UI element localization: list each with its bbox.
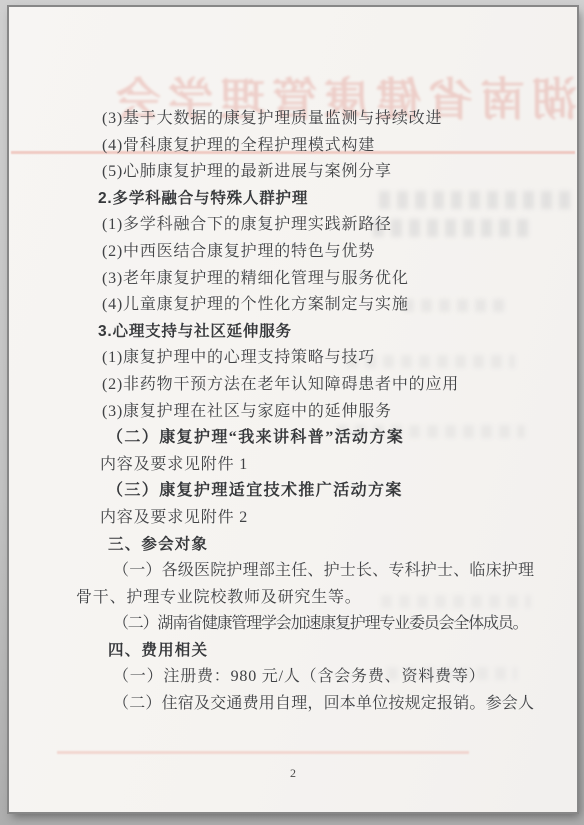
- doc-line: 骨干、护理专业院校教师及研究生等。: [76, 585, 547, 612]
- doc-line: (3)老年康复护理的精细化管理与服务优化: [76, 266, 547, 293]
- doc-heading-level2: 2.多学科融合与特殊人群护理: [76, 186, 547, 213]
- doc-line: （一）各级医院护理部主任、护士长、专科护士、临床护理: [76, 558, 547, 585]
- doc-line: 内容及要求见附件 1: [76, 452, 547, 479]
- doc-line: (2)非药物干预方法在老年认知障碍患者中的应用: [76, 372, 547, 399]
- scanner-background: { "page": { "number": "2", "bleed_throug…: [0, 0, 584, 825]
- doc-line: 内容及要求见附件 2: [76, 505, 547, 532]
- document-page: 湖南省健康管理学会 (3)基于大数据的康复护理质量监测与持续改进 (4)骨科康复…: [9, 7, 577, 812]
- bleed-through-rule-bottom: [57, 751, 469, 754]
- doc-line: （二）住宿及交通费用自理，回本单位按规定报销。参会人: [76, 691, 547, 718]
- doc-line: (2)中西医结合康复护理的特色与优势: [76, 239, 547, 266]
- page-number: 2: [9, 766, 577, 781]
- doc-heading-activity: （二）康复护理“我来讲科普”活动方案: [76, 425, 547, 452]
- doc-line: (1)康复护理中的心理支持策略与技巧: [76, 345, 547, 372]
- doc-line: (4)儿童康复护理的个性化方案制定与实施: [76, 292, 547, 319]
- doc-line: (4)骨科康复护理的全程护理模式构建: [76, 133, 547, 160]
- doc-heading-section: 三、参会对象: [76, 532, 547, 559]
- doc-line: （一）注册费：980 元/人（含会务费、资料费等）: [76, 664, 547, 691]
- doc-heading-level2: 3.心理支持与社区延伸服务: [76, 319, 547, 346]
- doc-heading-activity: （三）康复护理适宜技术推广活动方案: [76, 478, 547, 505]
- doc-line: (3)康复护理在社区与家庭中的延伸服务: [76, 399, 547, 426]
- doc-line: （二）湖南省健康管理学会加速康复护理专业委员会全体成员。: [76, 611, 547, 638]
- document-body: (3)基于大数据的康复护理质量监测与持续改进 (4)骨科康复护理的全程护理模式构…: [76, 106, 547, 718]
- doc-line: (5)心肺康复护理的最新进展与案例分享: [76, 159, 547, 186]
- doc-heading-section: 四、费用相关: [76, 638, 547, 665]
- doc-line: (1)多学科融合下的康复护理实践新路径: [76, 212, 547, 239]
- doc-line: (3)基于大数据的康复护理质量监测与持续改进: [76, 106, 547, 133]
